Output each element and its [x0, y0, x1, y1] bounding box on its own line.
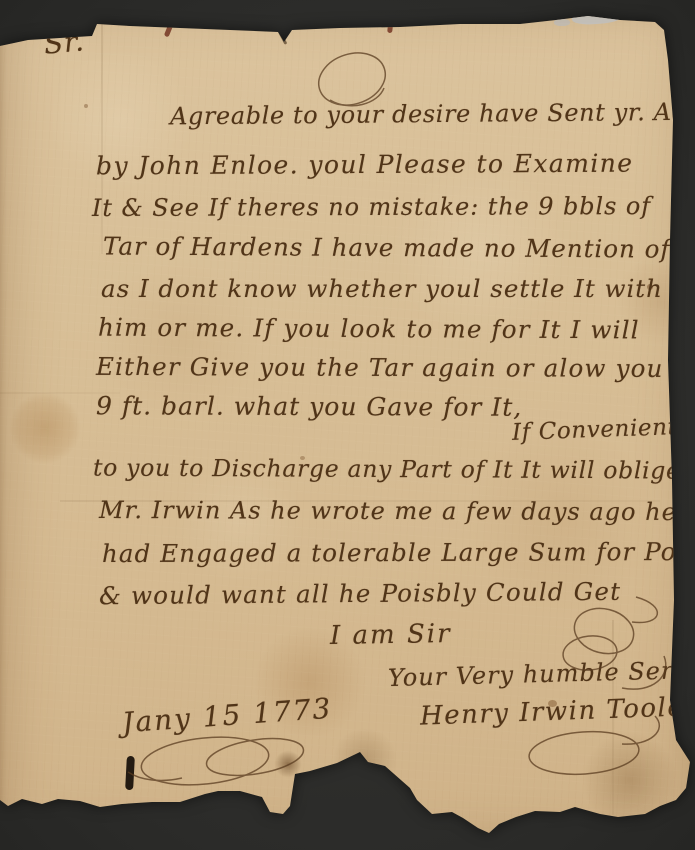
- letter-line-right: If Convenient: [512, 414, 678, 446]
- horizontal-fold-crease: [60, 500, 660, 502]
- letter-line: 9 ft. barl. what you Gave for It,: [96, 391, 522, 421]
- ink-blot: [125, 756, 135, 790]
- letter-line: Agreable to your desire have Sent yr. Ac…: [170, 98, 695, 131]
- signature-flourish-loop: [528, 728, 641, 778]
- letter-page: Sr. Agreable to your desire have Sent yr…: [0, 0, 695, 850]
- salutation: Sr.: [43, 24, 86, 60]
- letter-line: had Engaged a tolerable Large Sum for Po…: [102, 537, 695, 568]
- freckle-spot: [300, 456, 305, 460]
- letter-line: by John Enloe. youl Please to Examine: [96, 149, 634, 181]
- letter-line: Tar of Hardens I have made no Mention of: [103, 232, 671, 264]
- chalk-mark: [572, 9, 623, 25]
- date-line: Jany 15 1773: [121, 692, 333, 740]
- freckle-spot: [84, 104, 88, 108]
- paper-wrapper: Sr. Agreable to your desire have Sent yr…: [0, 0, 695, 850]
- freckle-spot: [548, 700, 557, 707]
- closing-line: Your Very humble Servt: [388, 656, 695, 692]
- date-flourish-lead: [128, 772, 182, 780]
- pen-flourishes: [0, 0, 695, 850]
- top-loop-tail: [330, 88, 384, 106]
- freckle-spot: [647, 284, 653, 290]
- signature: Henry Irwin Toole: [420, 692, 685, 731]
- letter-line: him or me. If you look to me for It I wi…: [98, 313, 640, 345]
- manuscript-viewer: Sr. Agreable to your desire have Sent yr…: [0, 0, 695, 850]
- date-flourish-loop: [204, 733, 306, 782]
- chalk-mark: [554, 19, 570, 26]
- letter-line: Mr. Irwin As he wrote me a few days ago …: [99, 496, 677, 526]
- horizontal-fold-crease: [0, 392, 120, 394]
- red-ink-edge-mark: [164, 24, 174, 38]
- servt-swash: [622, 656, 666, 689]
- get-flourish-loop: [561, 633, 618, 672]
- vertical-fold-crease: [612, 620, 614, 815]
- letter-line: Either Give you the Tar again or alow yo…: [96, 352, 695, 383]
- get-flourish-tail: [632, 597, 657, 623]
- letter-line: & would want all he Poisbly Could Get: [99, 577, 621, 611]
- closing-line: I am Sir: [330, 619, 452, 651]
- letter-line: as I dont know whether youl settle It wi…: [101, 274, 663, 303]
- crease-edge-mark: [278, 30, 288, 45]
- signature-flourish-tail: [622, 716, 659, 744]
- top-loop-flourish: [312, 45, 392, 114]
- vertical-fold-crease: [101, 24, 103, 254]
- letter-line: It & See If theres no mistake: the 9 bbl…: [92, 192, 651, 222]
- date-flourish-loop: [139, 731, 271, 790]
- get-flourish-loop: [570, 602, 639, 659]
- red-ink-edge-mark: [387, 16, 394, 33]
- letter-line: to you to Discharge any Part of It It wi…: [93, 453, 681, 484]
